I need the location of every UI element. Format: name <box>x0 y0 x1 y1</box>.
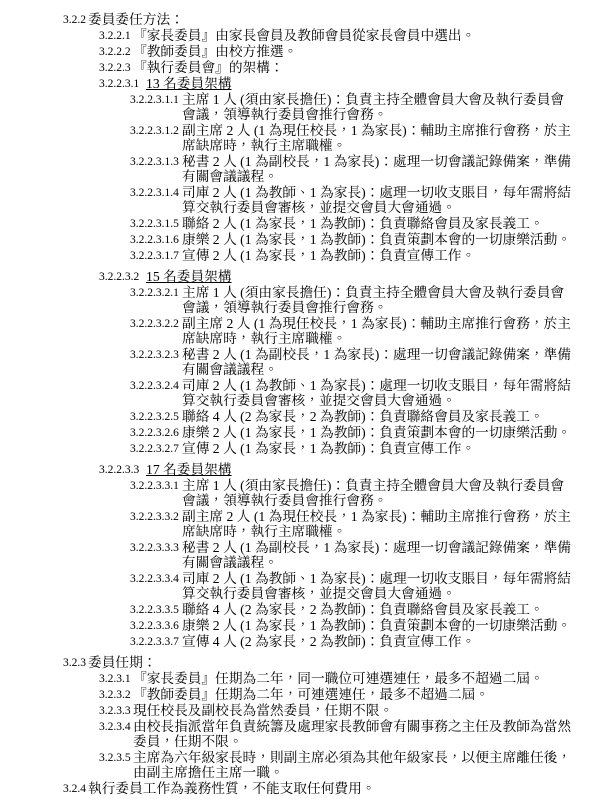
clause-number: 3.2.2.3.1.4 <box>130 186 179 201</box>
clause-3-2-2-3-2-4: 3.2.2.3.2.4 司庫 2 人 (1 為教師、1 為家長)：處理一切收支賬… <box>0 378 576 408</box>
clause-3-2-2-3-3-4: 3.2.2.3.3.4 司庫 2 人 (1 為教師、1 為家長)：處理一切收支賬… <box>0 571 576 601</box>
clause-text: 聯絡 4 人 (2 為家長，2 為教師)：負責聯絡會員及家長義工。 <box>182 409 544 424</box>
clause-number: 3.2.2.3.1.7 <box>130 249 179 264</box>
clause-text: 宣傳 2 人 (1 為家長，1 為教師)：負責宣傳工作。 <box>182 441 475 456</box>
section-heading-text: 13 名委員架構 <box>146 76 232 91</box>
clause-3-2-2-3-2-5: 3.2.2.3.2.5 聯絡 4 人 (2 為家長，2 為教師)：負責聯絡會員及… <box>0 409 576 424</box>
clause-3-2-3-5: 3.2.3.5 主席為六年級家長時，則副主席必須為其他年級家長，以便主席離任後，… <box>0 750 576 780</box>
clause-3-2-2-3-2-7: 3.2.2.3.2.7 宣傳 2 人 (1 為家長，1 為教師)：負責宣傳工作。 <box>0 441 576 456</box>
clause-text: 現任校長及副校長為當然委員，任期不限。 <box>133 703 393 718</box>
clause-3-2-2-3-2-1: 3.2.2.3.2.1 主席 1 人 (須由家長擔任)：負責主持全體會員大會及執… <box>0 285 576 315</box>
clause-text: 秘書 2 人 (1 為副校長，1 為家長)：處理一切會議記錄備案，準備有關會議議… <box>182 347 571 377</box>
clause-number: 3.2.2.3.3.2 <box>130 510 179 525</box>
section-heading-15-members: 3.2.2.3.2 15 名委員架構 <box>0 269 576 284</box>
clause-number: 3.2.3.4 <box>99 720 131 735</box>
clause-3-2-3-3: 3.2.3.3 現任校長及副校長為當然委員，任期不限。 <box>0 703 576 718</box>
clause-text: 主席 1 人 (須由家長擔任)：負責主持全體會員大會及執行委員會會議，領導執行委… <box>182 285 564 315</box>
clause-text: 『執行委員會』的架構： <box>133 60 284 75</box>
clause-text: 委員任期： <box>88 655 156 670</box>
clause-number: 3.2.2 <box>63 13 86 28</box>
clause-number: 3.2.2.2 <box>99 45 131 60</box>
section-heading-text: 15 名委員架構 <box>146 269 232 284</box>
clause-number: 3.2.4 <box>63 782 86 797</box>
clause-number: 3.2.2.3.1 <box>99 77 139 92</box>
clause-3-2-2-3-3-6: 3.2.2.3.3.6 康樂 2 人 (1 為家長，1 為教師)：負責策劃本會的… <box>0 618 576 633</box>
clause-3-2-2-3-3-1: 3.2.2.3.3.1 主席 1 人 (須由家長擔任)：負責主持全體會員大會及執… <box>0 478 576 508</box>
clause-text: 副主席 2 人 (1 為現任校長，1 為家長)：輔助主席推行會務，於主席缺席時，… <box>182 316 571 346</box>
clause-text: 聯絡 2 人 (1 為家長，1 為教師)：負責聯絡會員及家長義工。 <box>182 216 544 231</box>
clause-number: 3.2.2.3.2 <box>99 270 139 285</box>
clause-3-2-2-3-3-3: 3.2.2.3.3.3 秘書 2 人 (1 為副校長，1 為家長)：處理一切會議… <box>0 540 576 570</box>
clause-number: 3.2.2.3.3.6 <box>130 619 179 634</box>
clause-number: 3.2.2.3.3.4 <box>130 572 179 587</box>
section-heading-17-members: 3.2.2.3.3 17 名委員架構 <box>0 462 576 477</box>
clause-number: 3.2.3.2 <box>99 688 131 703</box>
clause-text: 委員委任方法： <box>88 12 184 27</box>
clause-3-2-2-3-1-1: 3.2.2.3.1.1 主席 1 人 (須由家長擔任)：負責主持全體會員大會及執… <box>0 92 576 122</box>
clause-text: 『家長委員』由家長會員及教師會員從家長會員中選出。 <box>133 28 475 43</box>
clause-text: 康樂 2 人 (1 為家長，1 為教師)：負責策劃本會的一切康樂活動。 <box>182 618 571 633</box>
clause-text: 主席 1 人 (須由家長擔任)：負責主持全體會員大會及執行委員會會議，領導執行委… <box>182 478 564 508</box>
clause-number: 3.2.2.3.2.6 <box>130 426 179 441</box>
clause-number: 3.2.2.3 <box>99 61 131 76</box>
clause-3-2-3-4: 3.2.3.4 由校長指派當年負責統籌及處理家長教師會有關事務之主任及教師為當然… <box>0 719 576 749</box>
clause-3-2-2: 3.2.2 委員委任方法： <box>0 12 576 27</box>
clause-number: 3.2.2.3.2.4 <box>130 379 179 394</box>
clause-3-2-2-3-1-4: 3.2.2.3.1.4 司庫 2 人 (1 為教師、1 為家長)：處理一切收支賬… <box>0 185 576 215</box>
clause-3-2-2-3-3-2: 3.2.2.3.3.2 副主席 2 人 (1 為現任校長，1 為家長)：輔助主席… <box>0 509 576 539</box>
clause-number: 3.2.3 <box>63 656 86 671</box>
clause-text: 康樂 2 人 (1 為家長，1 為教師)：負責策劃本會的一切康樂活動。 <box>182 425 571 440</box>
clause-number: 3.2.2.3.3.5 <box>130 603 179 618</box>
section-heading-text: 17 名委員架構 <box>146 462 232 477</box>
clause-3-2-2-3-1-5: 3.2.2.3.1.5 聯絡 2 人 (1 為家長，1 為教師)：負責聯絡會員及… <box>0 216 576 231</box>
clause-text: 由校長指派當年負責統籌及處理家長教師會有關事務之主任及教師為當然委員，任期不限。 <box>133 719 571 749</box>
clause-number: 3.2.2.3.1.5 <box>130 217 179 232</box>
clause-3-2-2-3-1-2: 3.2.2.3.1.2 副主席 2 人 (1 為現任校長，1 為家長)：輔助主席… <box>0 123 576 153</box>
clause-text: 宣傳 2 人 (1 為家長，1 為教師)：負責宣傳工作。 <box>182 248 475 263</box>
clause-3-2-2-3-2-2: 3.2.2.3.2.2 副主席 2 人 (1 為現任校長，1 為家長)：輔助主席… <box>0 316 576 346</box>
clause-3-2-2-3: 3.2.2.3 『執行委員會』的架構： <box>0 60 576 75</box>
clause-3-2-2-3-1-6: 3.2.2.3.1.6 康樂 2 人 (1 為家長，1 為教師)：負責策劃本會的… <box>0 232 576 247</box>
clause-text: 『教師委員』任期為二年，可連選連任，最多不超過二屆。 <box>133 687 489 702</box>
clause-3-2-2-3-3-7: 3.2.2.3.3.7 宣傳 4 人 (2 為家長，2 為教師)：負責宣傳工作。 <box>0 634 576 649</box>
clause-3-2-3-1: 3.2.3.1 『家長委員』任期為二年，同一職位可連選連任，最多不超過二屆。 <box>0 671 576 686</box>
clause-number: 3.2.2.3.1.6 <box>130 233 179 248</box>
clause-text: 主席 1 人 (須由家長擔任)：負責主持全體會員大會及執行委員會會議，領導執行委… <box>182 92 564 122</box>
clause-number: 3.2.3.5 <box>99 751 131 766</box>
clause-3-2-3: 3.2.3 委員任期： <box>0 655 576 670</box>
clause-3-2-2-2: 3.2.2.2 『教師委員』由校方推選。 <box>0 44 576 59</box>
clause-number: 3.2.2.3.2.2 <box>130 317 179 332</box>
clause-3-2-2-3-2-6: 3.2.2.3.2.6 康樂 2 人 (1 為家長，1 為教師)：負責策劃本會的… <box>0 425 576 440</box>
document-page: 3.2.2 委員委任方法： 3.2.2.1 『家長委員』由家長會員及教師會員從家… <box>0 0 590 799</box>
clause-text: 司庫 2 人 (1 為教師、1 為家長)：處理一切收支賬目，每年需將結算交執行委… <box>182 185 571 215</box>
clause-3-2-2-3-2-3: 3.2.2.3.2.3 秘書 2 人 (1 為副校長，1 為家長)：處理一切會議… <box>0 347 576 377</box>
clause-3-2-2-3-3-5: 3.2.2.3.3.5 聯絡 4 人 (2 為家長，2 為教師)：負責聯絡會員及… <box>0 602 576 617</box>
clause-text: 『家長委員』任期為二年，同一職位可連選連任，最多不超過二屆。 <box>133 671 544 686</box>
clause-number: 3.2.2.3.3.7 <box>130 635 179 650</box>
clause-number: 3.2.2.3.1.1 <box>130 93 179 108</box>
clause-number: 3.2.3.1 <box>99 672 131 687</box>
clause-text: 主席為六年級家長時，則副主席必須為其他年級家長，以便主席離任後，由副主席擔任主席… <box>133 750 571 780</box>
clause-number: 3.2.2.1 <box>99 29 131 44</box>
clause-number: 3.2.2.3.2.3 <box>130 348 179 363</box>
clause-number: 3.2.2.3.3.3 <box>130 541 179 556</box>
clause-text: 執行委員工作為義務性質，不能支取任何費用。 <box>88 781 375 796</box>
clause-3-2-3-2: 3.2.3.2 『教師委員』任期為二年，可連選連任，最多不超過二屆。 <box>0 687 576 702</box>
clause-text: 司庫 2 人 (1 為教師、1 為家長)：處理一切收支賬目，每年需將結算交執行委… <box>182 571 571 601</box>
clause-3-2-2-3-1-7: 3.2.2.3.1.7 宣傳 2 人 (1 為家長，1 為教師)：負責宣傳工作。 <box>0 248 576 263</box>
clause-3-2-2-1: 3.2.2.1 『家長委員』由家長會員及教師會員從家長會員中選出。 <box>0 28 576 43</box>
clause-text: 康樂 2 人 (1 為家長，1 為教師)：負責策劃本會的一切康樂活動。 <box>182 232 571 247</box>
clause-text: 副主席 2 人 (1 為現任校長，1 為家長)：輔助主席推行會務，於主席缺席時，… <box>182 123 571 153</box>
clause-number: 3.2.2.3.3.1 <box>130 479 179 494</box>
clause-text: 『教師委員』由校方推選。 <box>133 44 297 59</box>
clause-text: 秘書 2 人 (1 為副校長，1 為家長)：處理一切會議記錄備案，準備有關會議議… <box>182 154 571 184</box>
clause-text: 宣傳 4 人 (2 為家長，2 為教師)：負責宣傳工作。 <box>182 634 475 649</box>
clause-text: 秘書 2 人 (1 為副校長，1 為家長)：處理一切會議記錄備案，準備有關會議議… <box>182 540 571 570</box>
section-heading-13-members: 3.2.2.3.1 13 名委員架構 <box>0 76 576 91</box>
clause-number: 3.2.2.3.1.2 <box>130 124 179 139</box>
clause-number: 3.2.3.3 <box>99 704 131 719</box>
clause-text: 司庫 2 人 (1 為教師、1 為家長)：處理一切收支賬目，每年需將結算交執行委… <box>182 378 571 408</box>
clause-text: 聯絡 4 人 (2 為家長，2 為教師)：負責聯絡會員及家長義工。 <box>182 602 544 617</box>
clause-3-2-2-3-1-3: 3.2.2.3.1.3 秘書 2 人 (1 為副校長，1 為家長)：處理一切會議… <box>0 154 576 184</box>
clause-number: 3.2.2.3.2.1 <box>130 286 179 301</box>
clause-number: 3.2.2.3.3 <box>99 463 139 478</box>
clause-3-2-4: 3.2.4 執行委員工作為義務性質，不能支取任何費用。 <box>0 781 576 796</box>
clause-number: 3.2.2.3.1.3 <box>130 155 179 170</box>
clause-number: 3.2.2.3.2.5 <box>130 410 179 425</box>
clause-text: 副主席 2 人 (1 為現任校長，1 為家長)：輔助主席推行會務，於主席缺席時，… <box>182 509 571 539</box>
clause-number: 3.2.2.3.2.7 <box>130 442 179 457</box>
